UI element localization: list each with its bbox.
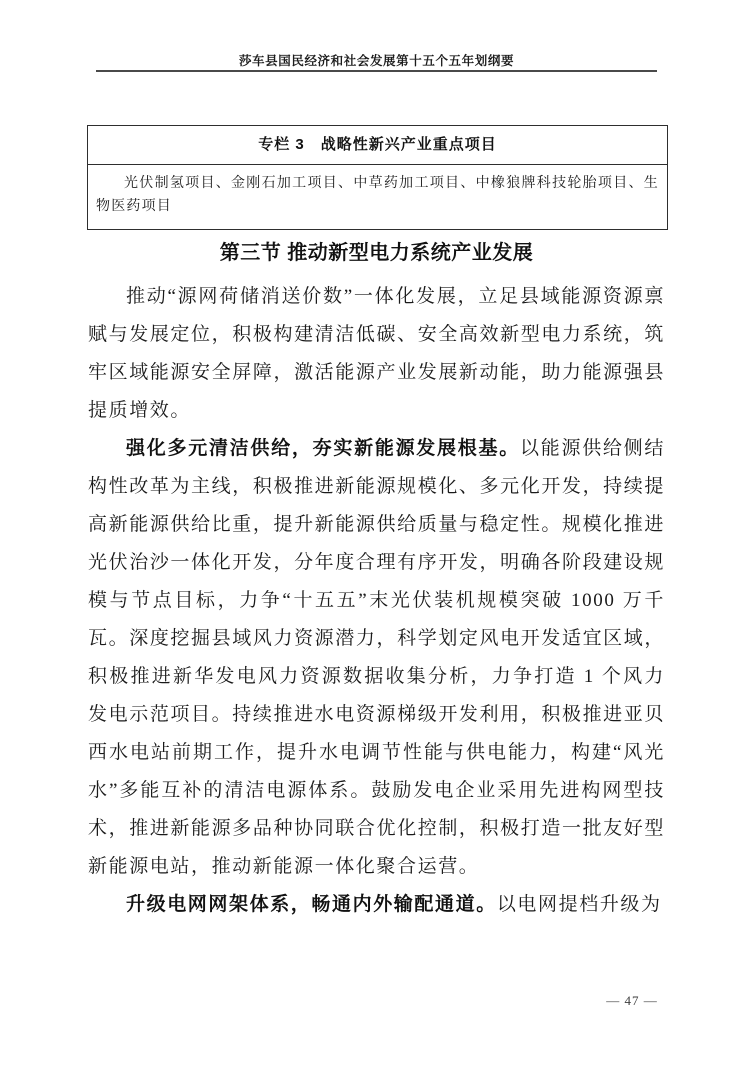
paragraph-1-text: 推动“源网荷储消送价数”一体化发展，立足县域能源资源禀赋与发展定位，积极构建清洁…	[88, 286, 665, 421]
document-page: 莎车县国民经济和社会发展第十五个五年划纲要 专栏 3 战略性新兴产业重点项目 光…	[0, 0, 753, 1066]
section-heading: 第三节 推动新型电力系统产业发展	[0, 236, 753, 265]
paragraph-2: 强化多元清洁供给，夯实新能源发展根基。以能源供给侧结构性改革为主线，积极推进新能…	[88, 430, 665, 886]
callout-box-column3: 专栏 3 战略性新兴产业重点项目 光伏制氢项目、金刚石加工项目、中草药加工项目、…	[87, 125, 668, 230]
page-number: — 47 —	[601, 993, 663, 1009]
running-header-title: 莎车县国民经济和社会发展第十五个五年划纲要	[0, 51, 753, 69]
paragraph-1: 推动“源网荷储消送价数”一体化发展，立足县域能源资源禀赋与发展定位，积极构建清洁…	[88, 278, 665, 430]
paragraph-3-lead: 升级电网网架体系，畅通内外输配通道。	[126, 894, 497, 915]
paragraph-2-lead: 强化多元清洁供给，夯实新能源发展根基。	[126, 438, 520, 459]
callout-box-body: 光伏制氢项目、金刚石加工项目、中草药加工项目、中橡狼牌科技轮胎项目、生物医药项目	[88, 165, 667, 229]
paragraph-3-text: 以电网提档升级为	[497, 894, 662, 915]
body-content: 推动“源网荷储消送价数”一体化发展，立足县域能源资源禀赋与发展定位，积极构建清洁…	[88, 278, 665, 924]
paragraph-2-text: 以能源供给侧结构性改革为主线，积极推进新能源规模化、多元化开发，持续提高新能源供…	[88, 438, 665, 877]
paragraph-3: 升级电网网架体系，畅通内外输配通道。以电网提档升级为	[88, 886, 665, 924]
header-rule	[96, 70, 657, 72]
callout-box-title: 专栏 3 战略性新兴产业重点项目	[88, 126, 667, 165]
